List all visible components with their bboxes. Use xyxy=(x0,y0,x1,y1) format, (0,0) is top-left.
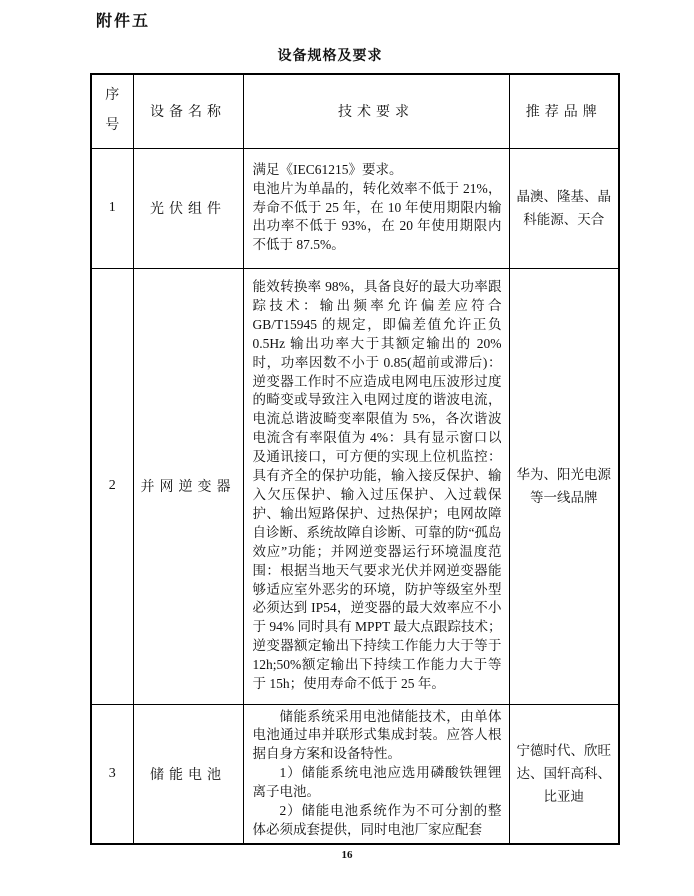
col-header-equipment-name: 设备名称 xyxy=(133,74,243,148)
page-title: 设备规格及要求 xyxy=(0,45,660,65)
cell-recommended-brands: 宁德时代、欣旺达、国轩高科、比亚迪 xyxy=(509,704,619,844)
document-page: 附件五 设备规格及要求 序号 设备名称 技术要求 推荐品牌 1 光伏组件 满足《… xyxy=(0,0,694,896)
cell-recommended-brands: 晶澳、隆基、晶科能源、天合 xyxy=(509,148,619,268)
equipment-spec-table: 序号 设备名称 技术要求 推荐品牌 1 光伏组件 满足《IEC61215》要求。… xyxy=(90,73,620,845)
cell-equipment-name: 光伏组件 xyxy=(133,148,243,268)
cell-serial-number: 3 xyxy=(91,704,133,844)
col-header-serial-number: 序号 xyxy=(91,74,133,148)
requirement-paragraph: 储能系统采用电池储能技术，由单体电池通过串并联形式集成封装。应答人根据自身方案和… xyxy=(253,708,502,765)
col-header-technical-requirements: 技术要求 xyxy=(243,74,509,148)
requirement-paragraph: 满足《IEC61215》要求。 xyxy=(253,161,502,180)
requirement-paragraph: 1）储能系统电池应选用磷酸铁锂锂离子电池。 xyxy=(253,764,502,802)
requirement-paragraph: 2）储能电池系统作为不可分割的整体必须成套提供，同时电池厂家应配套 xyxy=(253,802,502,840)
table-row-grid-inverter: 2 并网逆变器 能效转换率 98%，具备良好的最大功率跟踪技术：输出频率允许偏差… xyxy=(91,268,619,704)
cell-technical-requirements: 满足《IEC61215》要求。 电池片为单晶的，转化效率不低于 21%，寿命不低… xyxy=(243,148,509,268)
table-row-storage-battery: 3 储能电池 储能系统采用电池储能技术，由单体电池通过串并联形式集成封装。应答人… xyxy=(91,704,619,844)
table-row-pv-module: 1 光伏组件 满足《IEC61215》要求。 电池片为单晶的，转化效率不低于 2… xyxy=(91,148,619,268)
cell-serial-number: 1 xyxy=(91,148,133,268)
page-number: 16 xyxy=(0,849,694,861)
requirement-paragraph: 电池片为单晶的，转化效率不低于 21%，寿命不低于 25 年，在 10 年使用期… xyxy=(253,180,502,256)
col-header-recommended-brands: 推荐品牌 xyxy=(509,74,619,148)
requirement-paragraph: 能效转换率 98%，具备良好的最大功率跟踪技术：输出频率允许偏差应符合 GB/T… xyxy=(253,278,502,694)
cell-equipment-name: 并网逆变器 xyxy=(133,268,243,704)
cell-recommended-brands: 华为、阳光电源等一线品牌 xyxy=(509,268,619,704)
cell-equipment-name: 储能电池 xyxy=(133,704,243,844)
attachment-label: 附件五 xyxy=(96,8,150,31)
cell-technical-requirements: 储能系统采用电池储能技术，由单体电池通过串并联形式集成封装。应答人根据自身方案和… xyxy=(243,704,509,844)
cell-technical-requirements: 能效转换率 98%，具备良好的最大功率跟踪技术：输出频率允许偏差应符合 GB/T… xyxy=(243,268,509,704)
table-header-row: 序号 设备名称 技术要求 推荐品牌 xyxy=(91,74,619,148)
cell-serial-number: 2 xyxy=(91,268,133,704)
